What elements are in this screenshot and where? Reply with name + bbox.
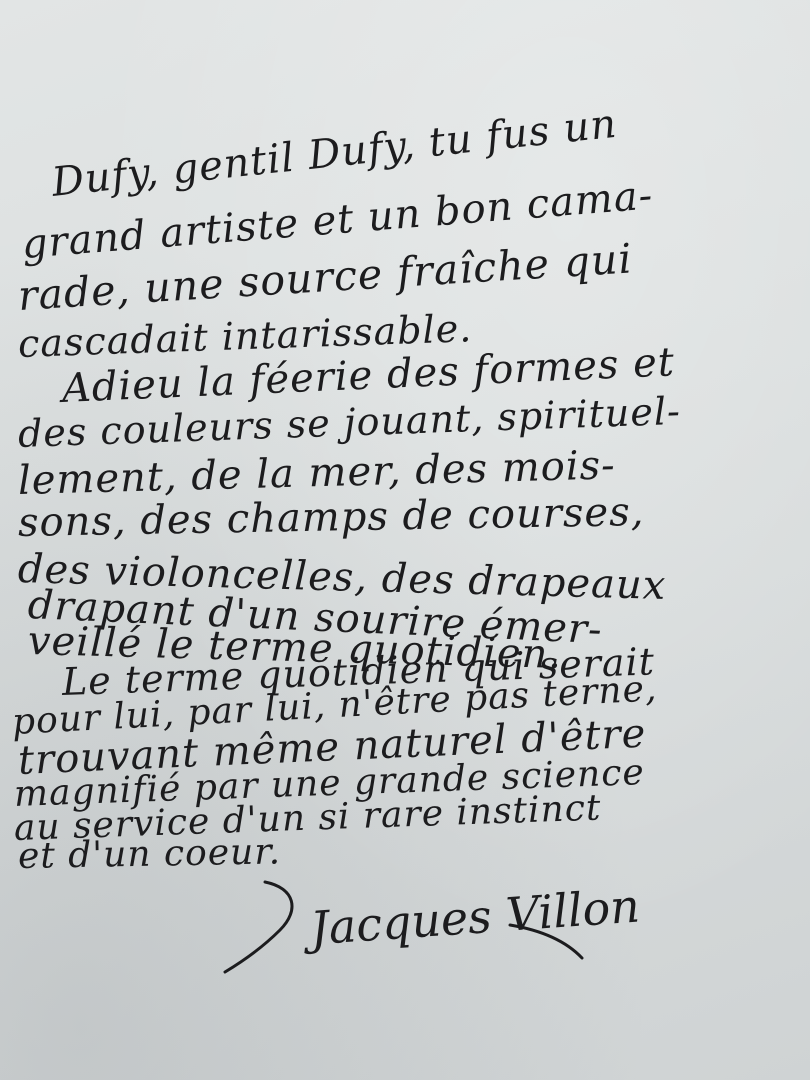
letter-line: sons, des champs de courses, [18,489,645,546]
signature: Jacques Villon [220,870,600,980]
handwritten-letter: Dufy, gentil Dufy, tu fus un grand artis… [0,0,810,1080]
